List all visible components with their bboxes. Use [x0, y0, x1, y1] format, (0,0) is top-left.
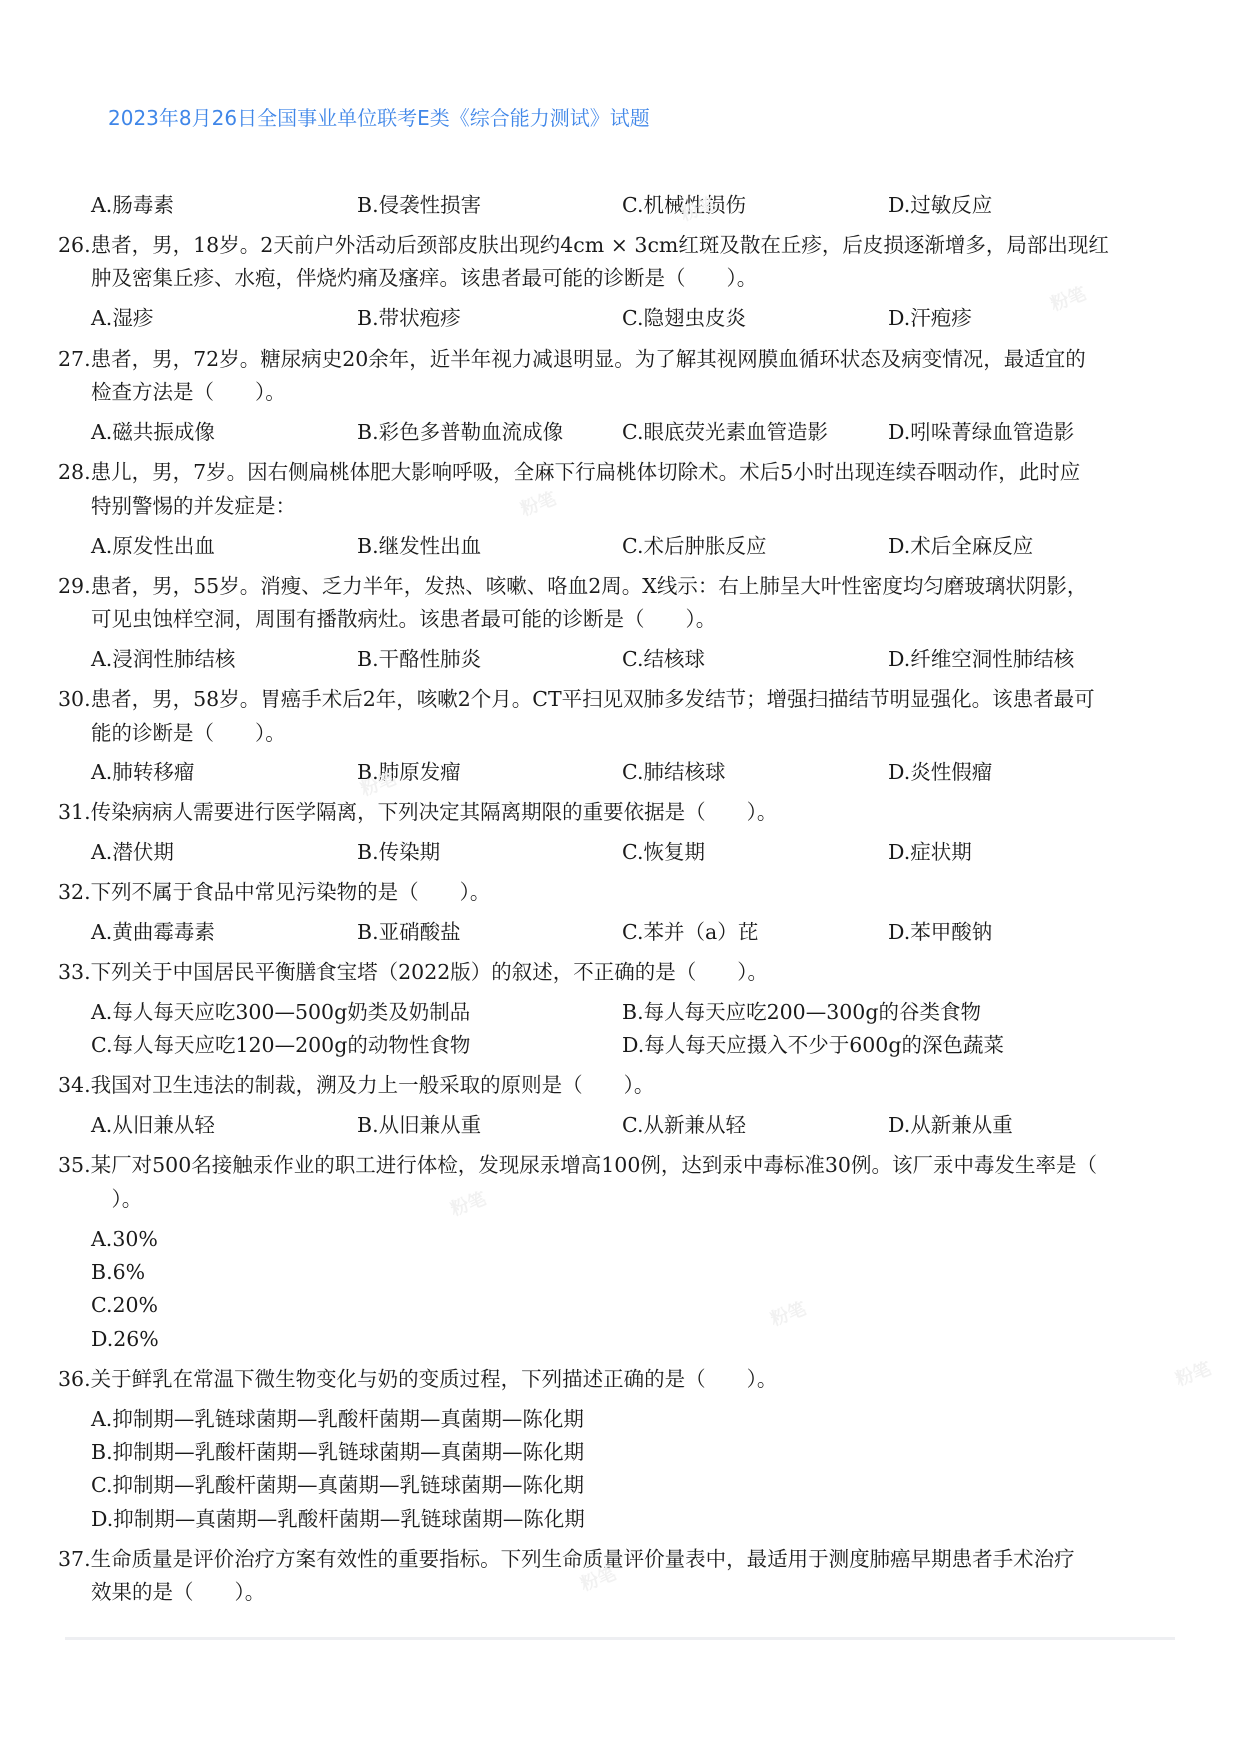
option-29-b: B.干酪性肺炎	[357, 646, 481, 672]
question-26-line2: 肿及密集丘疹、水疱，伴烧灼痛及瘙痒。该患者最可能的诊断是（ ）。	[91, 265, 757, 291]
question-number: 29.	[58, 574, 91, 598]
option-27-b: B.彩色多普勒血流成像	[357, 419, 563, 445]
question-number: 34.	[58, 1073, 91, 1097]
question-28: 28.患儿，男，7岁。因右侧扁桃体肥大影响呼吸，全麻下行扁桃体切除术。术后5小时…	[58, 459, 1080, 485]
question-number: 27.	[58, 347, 91, 371]
prev-option-a: A.肠毒素	[91, 192, 174, 218]
watermark-logo: 粉笔	[767, 1295, 810, 1332]
option-33-c: C.每人每天应吃120—200g的动物性食物	[91, 1032, 470, 1058]
question-37-line2: 效果的是（ ）。	[91, 1579, 265, 1605]
watermark-logo: 粉笔	[447, 1185, 490, 1222]
question-text: 关于鲜乳在常温下微生物变化与奶的变质过程，下列描述正确的是（ ）。	[91, 1367, 778, 1391]
option-34-a: A.从旧兼从轻	[91, 1112, 215, 1138]
question-text: 生命质量是评价治疗方案有效性的重要指标。下列生命质量评价量表中，最适用于测度肺癌…	[91, 1547, 1075, 1571]
watermark-logo: 粉笔	[1047, 280, 1090, 317]
question-30-line2: 能的诊断是（ ）。	[91, 720, 286, 746]
option-32-b: B.亚硝酸盐	[357, 919, 461, 945]
question-number: 26.	[58, 233, 91, 257]
question-number: 36.	[58, 1367, 91, 1391]
option-31-d: D.症状期	[888, 839, 972, 865]
option-35-a: A.30%	[91, 1226, 158, 1252]
option-30-a: A.肺转移瘤	[91, 759, 194, 785]
option-31-a: A.潜伏期	[91, 839, 174, 865]
question-32: 32.下列不属于食品中常见污染物的是（ ）。	[58, 879, 490, 905]
prev-option-b: B.侵袭性损害	[357, 192, 481, 218]
document-title: 2023年8月26日全国事业单位联考E类《综合能力测试》试题	[108, 102, 650, 131]
question-35: 35.某厂对500名接触汞作业的职工进行体检，发现尿汞增高100例，达到汞中毒标…	[58, 1152, 1097, 1178]
option-32-a: A.黄曲霉毒素	[91, 919, 215, 945]
option-34-c: C.从新兼从轻	[622, 1112, 746, 1138]
option-33-a: A.每人每天应吃300—500g奶类及奶制品	[91, 999, 470, 1025]
question-text: 患儿，男，7岁。因右侧扁桃体肥大影响呼吸，全麻下行扁桃体切除术。术后5小时出现连…	[91, 460, 1081, 484]
question-29-line2: 可见虫蚀样空洞，周围有播散病灶。该患者最可能的诊断是（ ）。	[91, 606, 716, 632]
option-29-a: A.浸润性肺结核	[91, 646, 235, 672]
option-31-c: C.恢复期	[622, 839, 705, 865]
question-37: 37.生命质量是评价治疗方案有效性的重要指标。下列生命质量评价量表中，最适用于测…	[58, 1546, 1075, 1572]
option-35-d: D.26%	[91, 1326, 159, 1352]
option-35-b: B.6%	[91, 1259, 145, 1285]
question-number: 37.	[58, 1547, 91, 1571]
option-26-b: B.带状疱疹	[357, 305, 461, 331]
question-31: 31.传染病病人需要进行医学隔离，下列决定其隔离期限的重要依据是（ ）。	[58, 799, 777, 825]
option-36-a: A.抑制期—乳链球菌期—乳酸杆菌期—真菌期—陈化期	[91, 1406, 584, 1432]
option-34-d: D.从新兼从重	[888, 1112, 1013, 1138]
question-29: 29.患者，男，55岁。消瘦、乏力半年，发热、咳嗽、咯血2周。X线示：右上肺呈大…	[58, 573, 1087, 599]
option-36-c: C.抑制期—乳酸杆菌期—真菌期—乳链球菌期—陈化期	[91, 1472, 584, 1498]
option-32-d: D.苯甲酸钠	[888, 919, 992, 945]
question-text: 患者，男，18岁。2天前户外活动后颈部皮肤出现约4cm × 3cm红斑及散在丘疹…	[91, 233, 1109, 257]
question-34: 34.我国对卫生违法的制裁，溯及力上一般采取的原则是（ ）。	[58, 1072, 654, 1098]
question-36: 36.关于鲜乳在常温下微生物变化与奶的变质过程，下列描述正确的是（ ）。	[58, 1366, 777, 1392]
question-text: 下列不属于食品中常见污染物的是（ ）。	[91, 880, 491, 904]
option-27-c: C.眼底荧光素血管造影	[622, 419, 828, 445]
question-text: 患者，男，55岁。消瘦、乏力半年，发热、咳嗽、咯血2周。X线示：右上肺呈大叶性密…	[91, 574, 1088, 598]
question-number: 35.	[58, 1153, 91, 1177]
option-28-b: B.继发性出血	[357, 533, 481, 559]
question-number: 30.	[58, 687, 91, 711]
question-number: 28.	[58, 460, 91, 484]
question-number: 33.	[58, 960, 91, 984]
option-29-c: C.结核球	[622, 646, 705, 672]
option-30-d: D.炎性假瘤	[888, 759, 992, 785]
question-27-line2: 检查方法是（ ）。	[91, 379, 286, 405]
question-text: 患者，男，58岁。胃癌手术后2年，咳嗽2个月。CT平扫见双肺多发结节；增强扫描结…	[91, 687, 1095, 711]
question-text: 我国对卫生违法的制裁，溯及力上一般采取的原则是（ ）。	[91, 1073, 655, 1097]
option-36-d: D.抑制期—真菌期—乳酸杆菌期—乳链球菌期—陈化期	[91, 1506, 585, 1532]
question-28-line2: 特别警惕的并发症是：	[91, 493, 296, 519]
question-text: 下列关于中国居民平衡膳食宝塔（2022版）的叙述，不正确的是（ ）。	[91, 960, 768, 984]
option-27-a: A.磁共振成像	[91, 419, 215, 445]
question-number: 31.	[58, 800, 91, 824]
watermark-logo: 粉笔	[1172, 1355, 1215, 1392]
option-26-d: D.汗疱疹	[888, 305, 972, 331]
watermark-logo: 粉笔	[517, 485, 560, 522]
question-33: 33.下列关于中国居民平衡膳食宝塔（2022版）的叙述，不正确的是（ ）。	[58, 959, 768, 985]
prev-option-d: D.过敏反应	[888, 192, 992, 218]
option-28-d: D.术后全麻反应	[888, 533, 1033, 559]
option-36-b: B.抑制期—乳酸杆菌期—乳链球菌期—真菌期—陈化期	[91, 1439, 584, 1465]
option-32-c: C.苯并（a）芘	[622, 919, 758, 945]
option-26-a: A.湿疹	[91, 305, 153, 331]
option-33-d: D.每人每天应摄入不少于600g的深色蔬菜	[622, 1032, 1004, 1058]
question-text: 传染病病人需要进行医学隔离，下列决定其隔离期限的重要依据是（ ）。	[91, 800, 778, 824]
question-26: 26.患者，男，18岁。2天前户外活动后颈部皮肤出现约4cm × 3cm红斑及散…	[58, 232, 1109, 258]
option-30-c: C.肺结核球	[622, 759, 725, 785]
option-31-b: B.传染期	[357, 839, 440, 865]
question-35-line2: ）。	[91, 1186, 142, 1212]
option-34-b: B.从旧兼从重	[357, 1112, 481, 1138]
option-33-b: B.每人每天应吃200—300g的谷类食物	[622, 999, 981, 1025]
option-28-c: C.术后肿胀反应	[622, 533, 766, 559]
question-text: 某厂对500名接触汞作业的职工进行体检，发现尿汞增高100例，达到汞中毒标准30…	[91, 1153, 1097, 1177]
option-35-c: C.20%	[91, 1292, 158, 1318]
question-27: 27.患者，男，72岁。糖尿病史20余年，近半年视力减退明显。为了解其视网膜血循…	[58, 346, 1086, 372]
option-29-d: D.纤维空洞性肺结核	[888, 646, 1074, 672]
option-27-d: D.吲哚菁绿血管造影	[888, 419, 1074, 445]
question-number: 32.	[58, 880, 91, 904]
question-text: 患者，男，72岁。糖尿病史20余年，近半年视力减退明显。为了解其视网膜血循环状态…	[91, 347, 1086, 371]
option-28-a: A.原发性出血	[91, 533, 215, 559]
option-26-c: C.隐翅虫皮炎	[622, 305, 746, 331]
question-30: 30.患者，男，58岁。胃癌手术后2年，咳嗽2个月。CT平扫见双肺多发结节；增强…	[58, 686, 1095, 712]
page-divider	[65, 1637, 1175, 1640]
